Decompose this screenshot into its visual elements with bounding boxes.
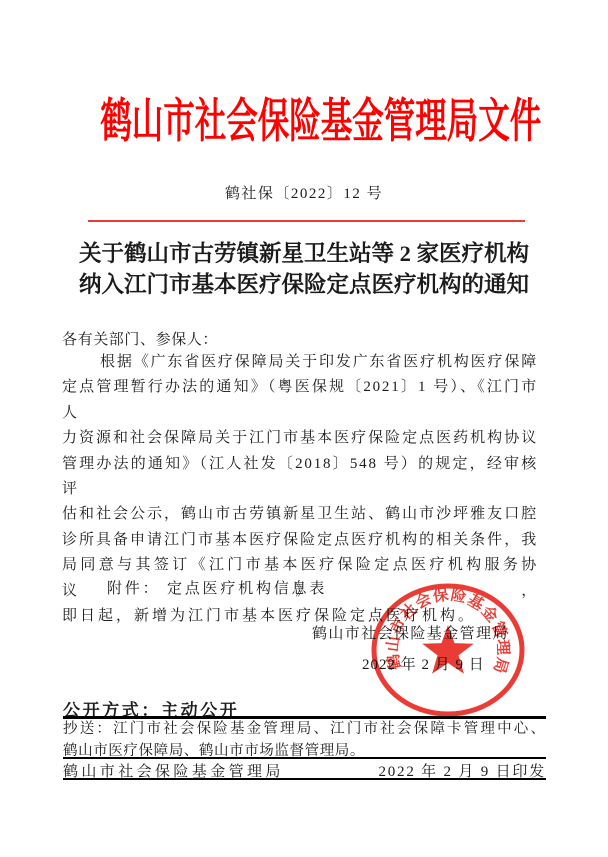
document-title-line2: 纳入江门市基本医疗保险定点医疗机构的通知 [30, 269, 578, 300]
official-seal: 鹤山市社会保险基金管理局 [368, 581, 528, 719]
text-line: 力资源和社会保障局关于江门市基本医疗保险定点医药机构协议 [62, 426, 538, 451]
agency-banner-title: 鹤山市社会保险基金管理局文件 [100, 96, 507, 148]
seal-star-icon [422, 625, 473, 674]
text-line: 定点管理暂行办法的通知》（粤医保规〔2021〕1 号）、《江门市人 [62, 375, 538, 426]
text-line: 抄送：江门市社会保险基金管理局、江门市社会保障卡管理中心、 [63, 719, 546, 741]
document-page: 鹤山市社会保险基金管理局文件 鹤社保〔2022〕12 号 关于鹤山市古劳镇新星卫… [0, 0, 608, 857]
text-line: 根据《广东省医疗保障局关于印发广东省医疗机构医疗保障 [62, 350, 538, 375]
footer-rule-bottom [63, 778, 546, 780]
footer-rule-middle [63, 757, 546, 759]
document-number: 鹤社保〔2022〕12 号 [0, 182, 608, 203]
text-line: 鹤山市医疗保障局、鹤山市市场监督管理局。 [63, 741, 546, 763]
cc-block: 抄送：江门市社会保险基金管理局、江门市社会保障卡管理中心、鹤山市医疗保障局、鹤山… [63, 719, 546, 762]
text-line: 估和社会公示，鹤山市古劳镇新星卫生站、鹤山市沙坪雅友口腔 [62, 502, 538, 527]
document-title-line1: 关于鹤山市古劳镇新星卫生站等 2 家医疗机构 [30, 238, 578, 269]
salutation: 各有关部门、参保人： [62, 328, 538, 349]
text-line: 诊所具备申请江门市基本医疗保险定点医疗机构的相关条件，我 [62, 528, 538, 553]
attachment-line: 附件： 定点医疗机构信息表 [107, 577, 327, 598]
document-title: 关于鹤山市古劳镇新星卫生站等 2 家医疗机构 纳入江门市基本医疗保险定点医疗机构… [30, 238, 578, 300]
text-line: 管理办法的通知》（江人社发〔2018〕548 号）的规定，经审核评 [62, 452, 538, 503]
red-header-rule [88, 220, 525, 222]
